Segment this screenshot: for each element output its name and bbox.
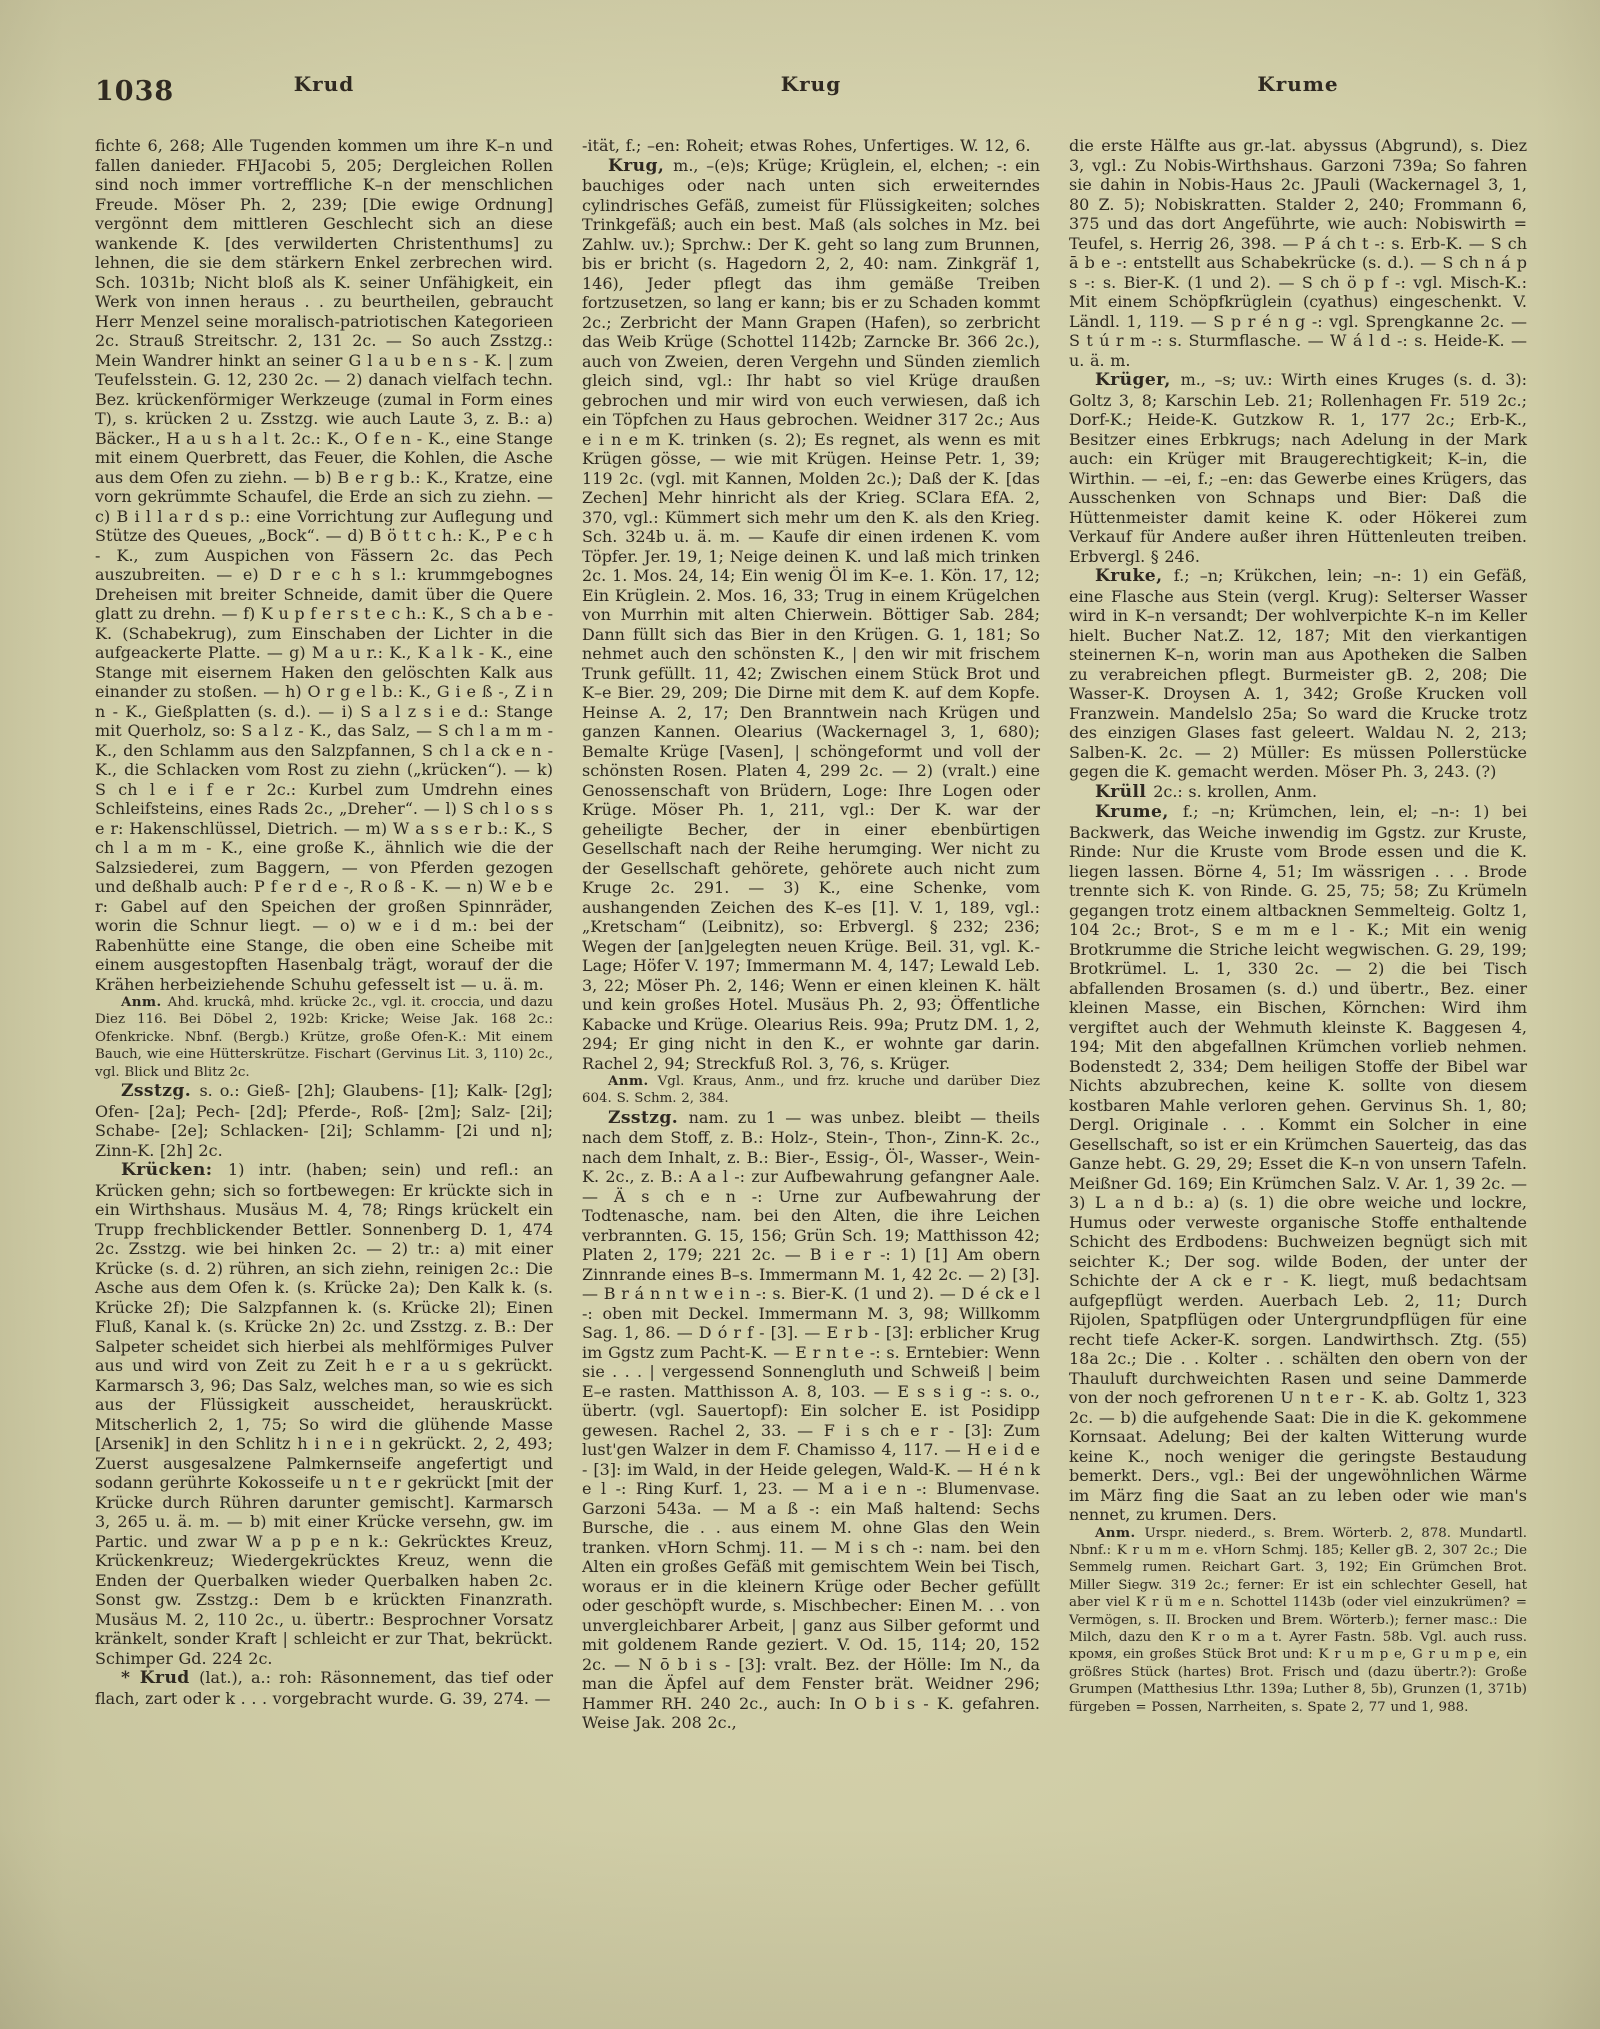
dictionary-paragraph: Krume, f.; –n; Krümchen, lein, el; –n-: … (1069, 802, 1527, 1525)
entry-headword: Krüll (1095, 782, 1153, 802)
entry-headword: Zsstzg. (608, 1108, 689, 1128)
entry-headword: Anm. (121, 994, 168, 1010)
dictionary-paragraph: Krüll 2c.: s. krollen, Anm. (1069, 782, 1527, 803)
paragraph-text: m., –s; uv.: Wirth eines Kruges (s. d. 3… (1069, 370, 1527, 566)
paragraph-text: f.; –n; Krümchen, lein, el; –n-: 1) bei … (1069, 802, 1527, 1524)
dictionary-paragraph: Krüger, m., –s; uv.: Wirth eines Kruges … (1069, 370, 1527, 566)
dictionary-paragraph: die erste Hälfte aus gr.-lat. abyssus (A… (1069, 136, 1527, 370)
entry-headword: Anm. (608, 1073, 658, 1089)
paragraph-text: nam. zu 1 — was unbez. bleibt — theils n… (582, 1108, 1040, 1733)
paragraph-text: fichte 6, 268; Alle Tugenden kommen um i… (95, 136, 553, 994)
dictionary-paragraph: Zsstzg. s. o.: Gieß- [2h]; Glaubens- [1]… (95, 1081, 553, 1160)
text-column-left: fichte 6, 268; Alle Tugenden kommen um i… (95, 136, 553, 1708)
text-column-right: die erste Hälfte aus gr.-lat. abyssus (A… (1069, 136, 1527, 1716)
text-column-middle: -ität, f.; –en: Roheit; etwas Rohes, Unf… (582, 136, 1040, 1733)
entry-headword: Krüger, (1095, 370, 1181, 390)
entry-headword: Anm. (1095, 1525, 1144, 1541)
paragraph-text: -ität, f.; –en: Roheit; etwas Rohes, Unf… (582, 136, 1031, 155)
paragraph-text: 2c.: s. krollen, Anm. (1153, 782, 1317, 801)
paragraph-text: m., –(e)s; Krüge; Krüglein, el, elchen; … (582, 156, 1040, 1073)
dictionary-paragraph: * Krud (lat.), a.: roh: Räsonnement, das… (95, 1668, 553, 1708)
dictionary-paragraph: Anm. Vgl. Kraus, Anm., und frz. kruche u… (582, 1073, 1040, 1108)
paragraph-text: die erste Hälfte aus gr.-lat. abyssus (A… (1069, 136, 1527, 370)
text-columns: fichte 6, 268; Alle Tugenden kommen um i… (0, 130, 1600, 1733)
dictionary-paragraph: Krücken: 1) intr. (haben; sein) und refl… (95, 1160, 553, 1668)
dictionary-page-scan: { "page": { "number": "1038", "running_h… (0, 0, 1600, 2029)
running-head-krume: Krume (1069, 72, 1527, 96)
dictionary-paragraph: Anm. Ahd. kruckâ, mhd. krücke 2c., vgl. … (95, 994, 553, 1081)
entry-headword: Krume, (1095, 802, 1183, 822)
entry-headword: Kruke, (1095, 566, 1174, 586)
page-number: 1038 (95, 76, 174, 107)
entry-headword: Zsstzg. (121, 1081, 199, 1101)
entry-headword: Krug, (608, 156, 673, 176)
page-header: 1038 Krud Krug Krume (0, 0, 1600, 130)
paragraph-text: Urspr. niederd., s. Brem. Wörterb. 2, 87… (1069, 1526, 1527, 1715)
dictionary-paragraph: Anm. Urspr. niederd., s. Brem. Wörterb. … (1069, 1525, 1527, 1716)
entry-headword: Krücken: (121, 1160, 228, 1180)
paragraph-text: 1) intr. (haben; sein) und refl.: an Krü… (95, 1160, 553, 1668)
dictionary-paragraph: Zsstzg. nam. zu 1 — was unbez. bleibt — … (582, 1108, 1040, 1733)
dictionary-paragraph: Krug, m., –(e)s; Krüge; Krüglein, el, el… (582, 156, 1040, 1074)
entry-headword: * Krud (121, 1668, 199, 1688)
dictionary-paragraph: fichte 6, 268; Alle Tugenden kommen um i… (95, 136, 553, 994)
running-head-krug: Krug (582, 72, 1040, 96)
dictionary-paragraph: Kruke, f.; –n; Krükchen, lein; –n-: 1) e… (1069, 566, 1527, 782)
dictionary-paragraph: -ität, f.; –en: Roheit; etwas Rohes, Unf… (582, 136, 1040, 156)
paragraph-text: f.; –n; Krükchen, lein; –n-: 1) ein Gefä… (1069, 566, 1527, 781)
running-heads-row: Krud Krug Krume (0, 72, 1600, 96)
